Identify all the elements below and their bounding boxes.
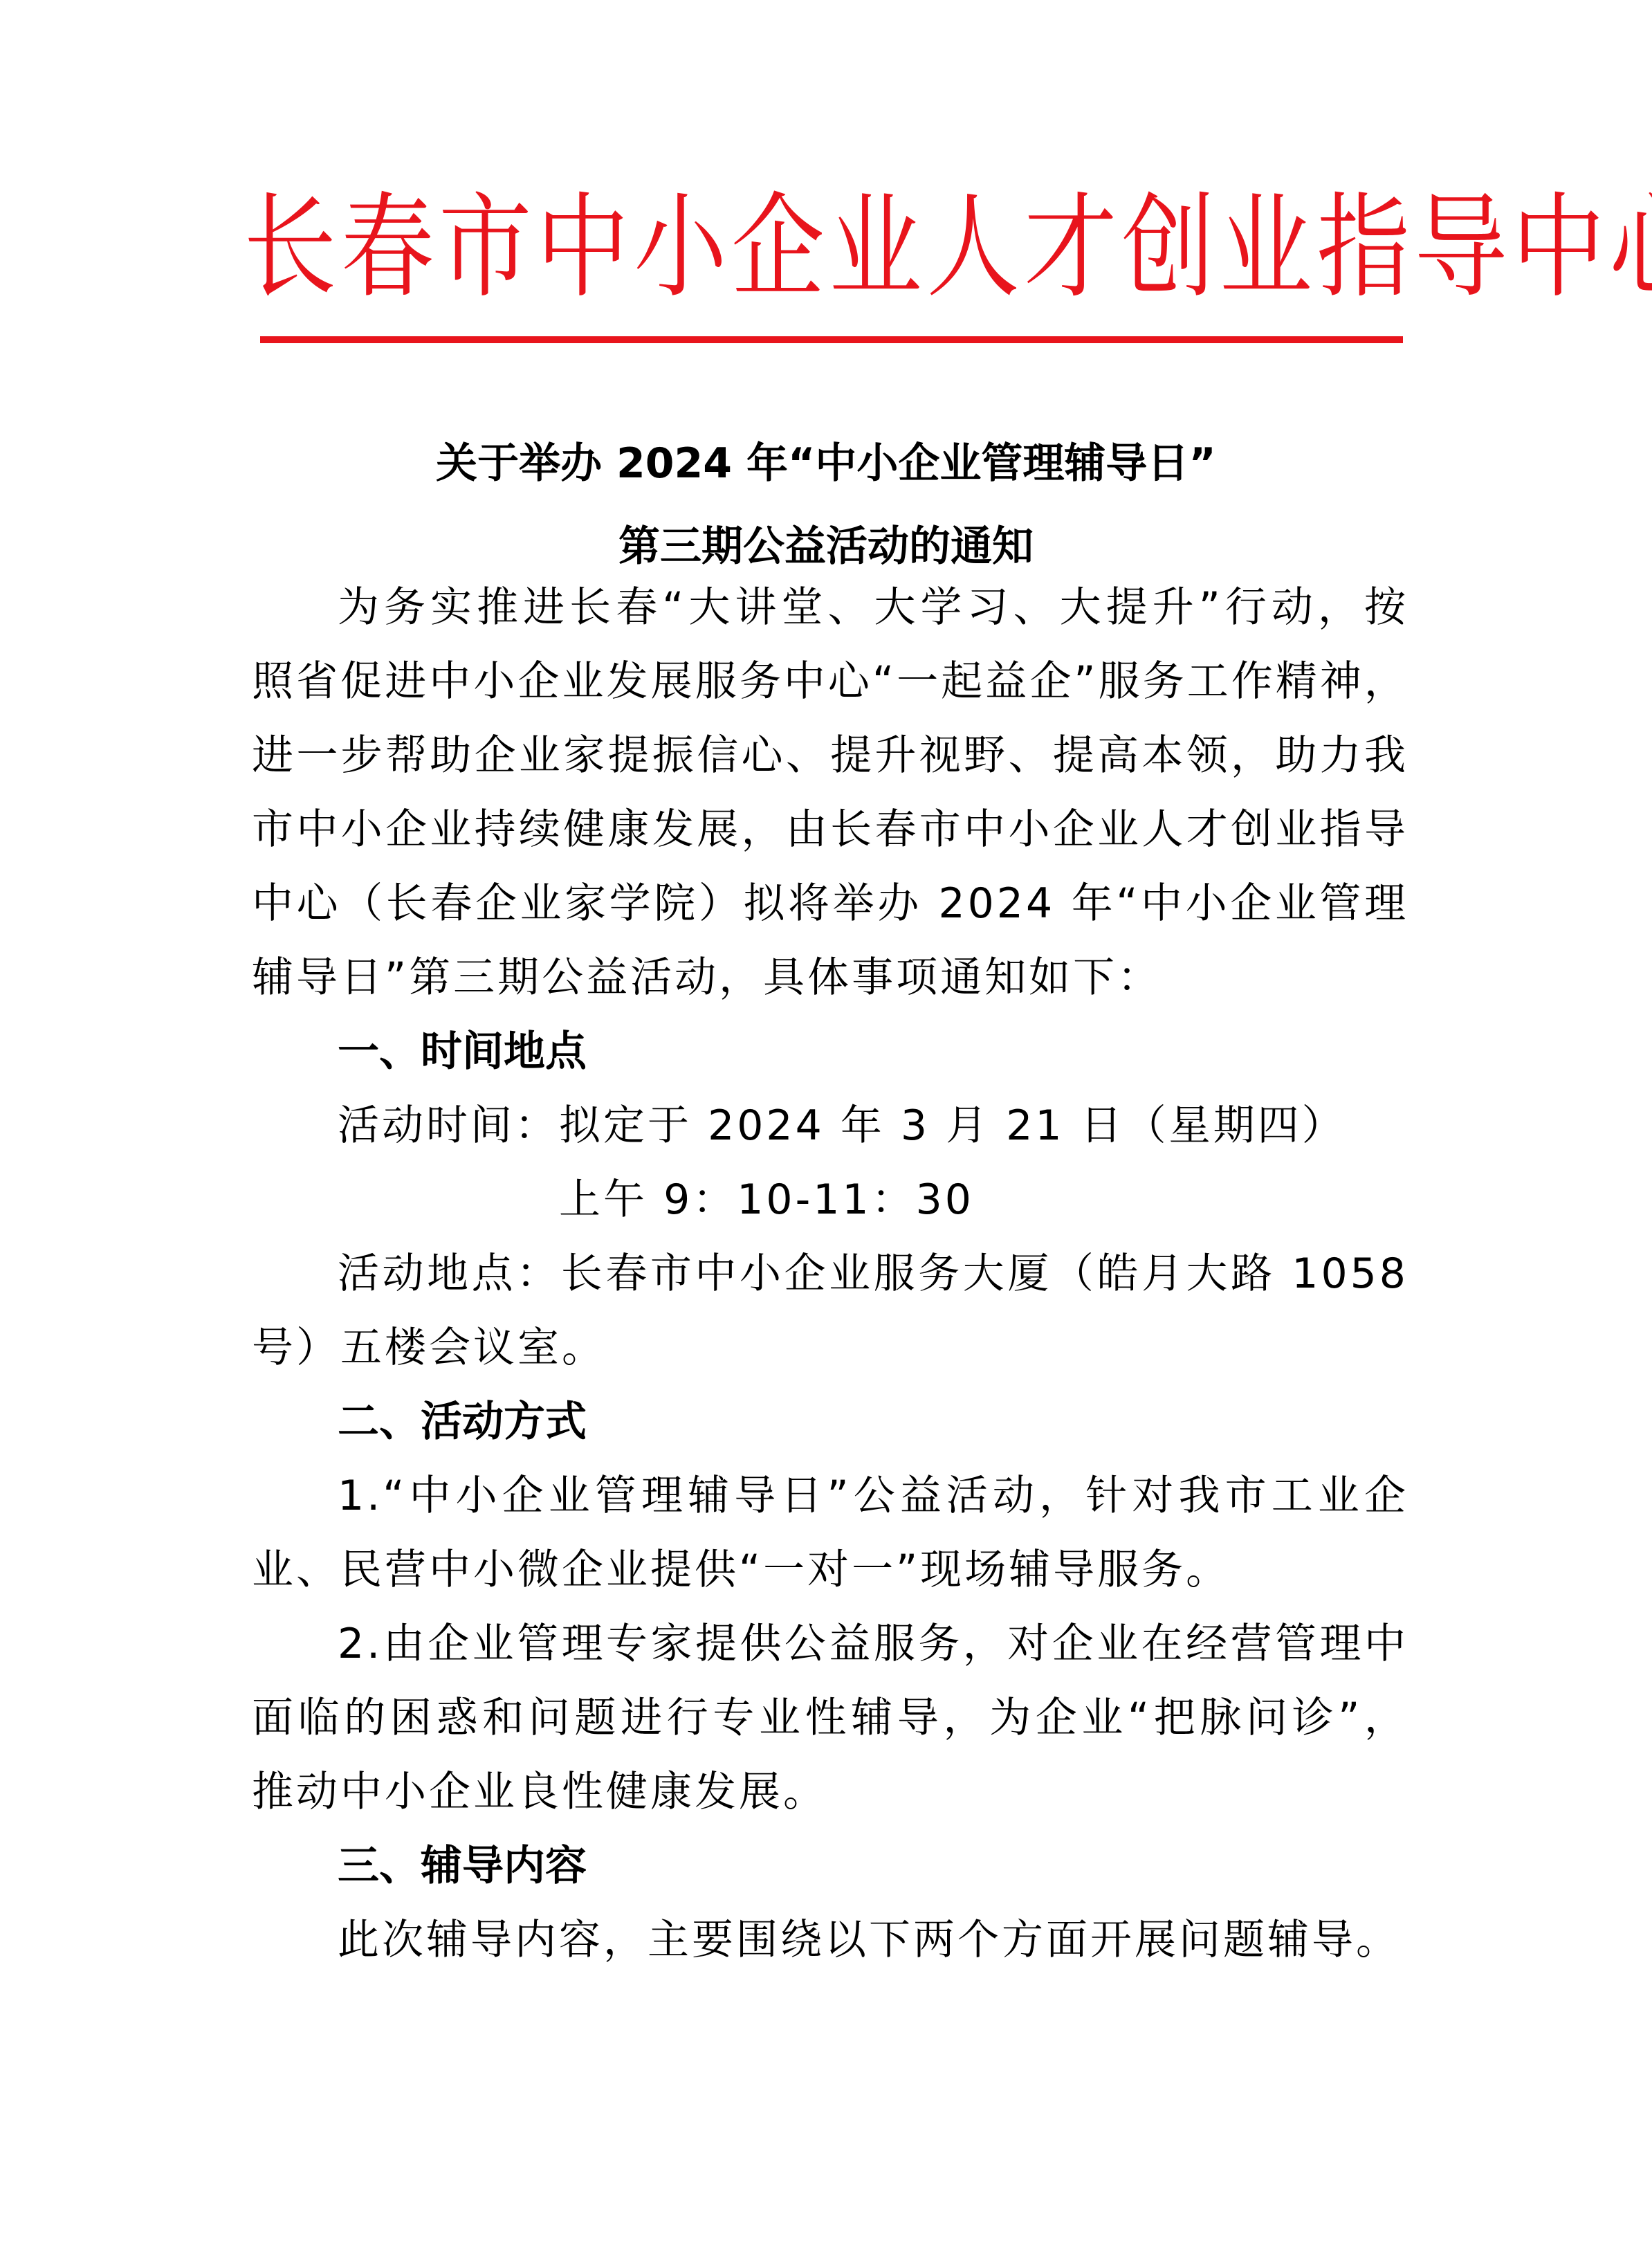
event-place-line-1: 活动地点：长春市中小企业服务大厦（皓月大路 1058 (338, 1253, 1408, 1295)
event-time-line-2: 上午 9：10-11：30 (559, 1179, 974, 1220)
section-1-heading: 一、时间地点 (338, 1031, 587, 1072)
format-item-2-line-3: 推动中小企业良性健康发展。 (252, 1771, 827, 1813)
intro-line-5: 中心（长春企业家学院）拟将举办 2024 年“中小企业管理 (252, 883, 1408, 924)
intro-line-1: 为务实推进长春“大讲堂、大学习、大提升”行动，按 (338, 587, 1408, 628)
organization-letterhead: 长春市中小企业人才创业指导中心 (244, 179, 1405, 317)
intro-line-3: 进一步帮助企业家提振信心、提升视野、提高本领，助力我 (252, 735, 1408, 776)
content-line-1: 此次辅导内容，主要围绕以下两个方面开展问题辅导。 (338, 1919, 1400, 1961)
format-item-2-line-1: 2.由企业管理专家提供公益服务，对企业在经营管理中 (338, 1623, 1408, 1665)
intro-line-6: 辅导日”第三期公益活动，具体事项通知如下： (252, 957, 1162, 998)
format-item-1-line-2: 业、民营中小微企业提供“一对一”现场辅导服务。 (252, 1549, 1230, 1591)
intro-line-2: 照省促进中小企业发展服务中心“一起益企”服务工作精神， (252, 661, 1408, 702)
event-time-line-1: 活动时间：拟定于 2024 年 3 月 21 日（星期四） (338, 1105, 1346, 1146)
section-2-heading: 二、活动方式 (338, 1401, 587, 1443)
section-3-heading: 三、辅导内容 (338, 1845, 587, 1887)
intro-line-4: 市中小企业持续健康发展，由长春市中小企业人才创业指导 (252, 809, 1408, 850)
format-item-1-line-1: 1.“中小企业管理辅导日”公益活动，针对我市工业企 (338, 1475, 1408, 1517)
format-item-2-line-2: 面临的困惑和问题进行专业性辅导，为企业“把脉问诊”， (252, 1697, 1408, 1739)
document-page: 长春市中小企业人才创业指导中心 关于举办 2024 年“中小企业管理辅导日” 第… (0, 0, 1652, 2250)
document-title-line-1: 关于举办 2024 年“中小企业管理辅导日” (0, 443, 1652, 484)
document-title-line-2: 第三期公益活动的通知 (0, 526, 1652, 567)
letterhead-red-rule (260, 336, 1403, 343)
event-place-line-2: 号）五楼会议室。 (252, 1327, 606, 1369)
